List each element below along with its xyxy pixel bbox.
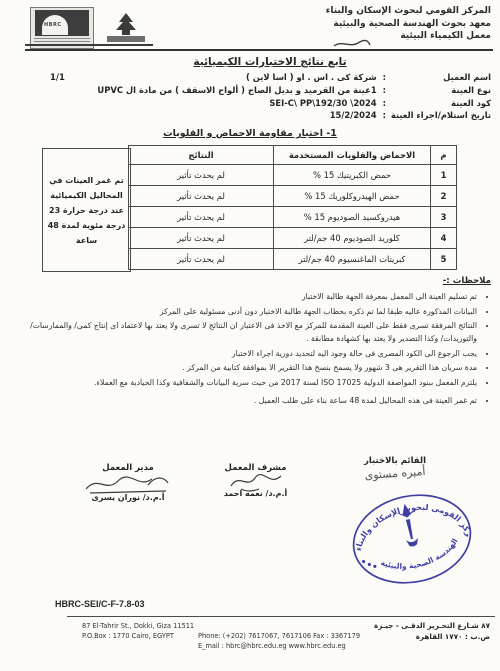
- date-label: تاريخ استلام/اجراء العينة: [389, 109, 491, 122]
- col-header-substance: الاحماض والقلويات المستخدمة: [274, 146, 431, 165]
- table-row: 3 هيدروكسيد الصوديوم 15 % لم يحدث تأثير: [129, 207, 457, 228]
- hbrc-logo-building-icon: HBRC: [35, 10, 89, 36]
- signature-block-supervisor: مشرف المعمل أ.م.د/ نعمه احمد: [203, 463, 308, 498]
- note-item: النتائج المرفقة تسرى فقط على العينة المق…: [24, 319, 477, 345]
- address-ar-line2: ص.ب : ١٧٧٠ القاهرة: [374, 632, 490, 643]
- signature-block-manager: مدير المعمل أ.م.د/ نوران يسرى: [68, 463, 188, 502]
- info-row-date: تاريخ استلام/اجراء العينة : 15/2/2024: [30, 109, 491, 122]
- sample-type-value: 1عينة من القرميد و بديل الصاج ( ألواح ال…: [97, 84, 376, 97]
- note-item: يلتزم المعمل ببنود المواصفة الدولية ISO …: [24, 376, 477, 389]
- note-item: يجب الرجوع الى الكود المصرى فى حالة وجود…: [24, 347, 477, 360]
- client-name-label: اسم العميل: [389, 71, 491, 84]
- note-item: تم غمر العينة فى هذه المحاليل لمدة 48 سا…: [24, 394, 477, 407]
- note-item: مدة سريان هذا التقرير هى 3 شهور ولا يسمح…: [24, 361, 477, 374]
- tree-icon: [116, 13, 136, 30]
- result-cell: لم يحدث تأثير: [129, 165, 274, 186]
- substance-cell: حمض الهيدروكلوريك 15 %: [274, 186, 431, 207]
- result-cell: لم يحدث تأثير: [129, 249, 274, 270]
- form-code: HBRC-SEI/C-F-7.8-03: [55, 599, 145, 609]
- table-row: 2 حمض الهيدروكلوريك 15 % لم يحدث تأثير: [129, 186, 457, 207]
- stamp-bottom-text: الهندسة الصحية والبيئية: [377, 536, 464, 578]
- footer-contact: Phone: (+202) 7617067, 7617106 Fax : 336…: [198, 632, 360, 651]
- official-stamp: المركز القومى لبحوث الإسكان والبناء الهن…: [342, 487, 482, 592]
- header-rule: [25, 49, 493, 51]
- note-item: البيانات المذكورة عاليه طبقا لما تم ذكره…: [24, 305, 477, 318]
- immersion-conditions-note: تم غمر العينات في المحاليل الكيميائية عن…: [42, 148, 131, 272]
- footer-rule: [67, 616, 495, 617]
- manager-name: أ.م.د/ نوران يسرى: [68, 493, 188, 502]
- result-cell: لم يحدث تأثير: [129, 186, 274, 207]
- footer-address-en: 87 El-Tahrir St., Dokki, Giza 11511 P.O.…: [82, 622, 194, 641]
- notes-section: ملاحظات :- تم تسليم العينة الى المعمل بم…: [24, 276, 491, 408]
- substance-cell: حمض الكبريتيك 15 %: [274, 165, 431, 186]
- org-institute: معهد بحوث الهندسة الصحية والبيئية: [326, 18, 491, 31]
- section-title: 1- اختبار مقاومة الاحماض و القلويات: [0, 128, 500, 139]
- sample-code-label: كود العينة: [389, 97, 491, 110]
- note-item: تم تسليم العينة الى المعمل بمعرفة الجهة …: [24, 290, 477, 303]
- header-rule-short: [25, 44, 153, 46]
- result-cell: لم يحدث تأثير: [129, 207, 274, 228]
- hbrc-logo-text: HBRC: [44, 22, 62, 28]
- address-en-line2: P.O.Box : 1770 Cairo, EGYPT: [82, 632, 194, 642]
- supervisor-name: أ.م.د/ نعمه احمد: [203, 489, 308, 498]
- document-page: المركز القومي لبحوث الإسكان والبناء معهد…: [0, 0, 500, 671]
- info-row-client: اسم العميل : شركة كى . اس . او ( اسا لاي…: [30, 71, 491, 84]
- email-line: E_mail : hbrc@hbrc.edu.eg www.hbrc.edu.e…: [198, 642, 360, 652]
- signature-block-tester: القائم بالاختبار أميره مستوى: [345, 456, 445, 480]
- substance-cell: كلوريد الصوديوم 40 جم/لتر: [274, 228, 431, 249]
- table-row: 1 حمض الكبريتيك 15 % لم يحدث تأثير: [129, 165, 457, 186]
- result-cell: لم يحدث تأثير: [129, 228, 274, 249]
- supervisor-role-label: مشرف المعمل: [203, 463, 308, 473]
- client-name-value: شركة كى . اس . او ( اسا لاين ): [246, 71, 377, 84]
- tester-handwritten-name: أميره مستوى: [345, 464, 446, 484]
- col-header-result: النتائج: [129, 146, 274, 165]
- col-header-num: م: [431, 146, 457, 165]
- sample-type-label: نوع العينة: [389, 84, 491, 97]
- institute-logo: [99, 10, 153, 48]
- notes-heading: ملاحظات :-: [24, 276, 491, 286]
- footer-address-ar: ٨٧ شـارع التحـرير الدقـى - جيـزة ص.ب : ١…: [374, 621, 490, 642]
- table-row: 4 كلوريد الصوديوم 40 جم/لتر لم يحدث تأثي…: [129, 228, 457, 249]
- address-ar-line1: ٨٧ شـارع التحـرير الدقـى - جيـزة: [374, 621, 490, 632]
- results-table: م الاحماض والقلويات المستخدمة النتائج 1 …: [128, 145, 457, 270]
- table-header-row: م الاحماض والقلويات المستخدمة النتائج: [129, 146, 457, 165]
- info-row-sample-code: كود العينة : SEI-C\ PP\192/30 \2024: [30, 97, 491, 110]
- substance-cell: كبريتات الماغنسيوم 40 جم/لتر: [274, 249, 431, 270]
- table-row: 5 كبريتات الماغنسيوم 40 جم/لتر لم يحدث ت…: [129, 249, 457, 270]
- info-row-sample-type: نوع العينة : 1عينة من القرميد و بديل الص…: [30, 84, 491, 97]
- phone-line: Phone: (+202) 7617067, 7617106 Fax : 336…: [198, 632, 360, 642]
- sample-info: اسم العميل : شركة كى . اس . او ( اسا لاي…: [30, 71, 491, 122]
- org-name: المركز القومي لبحوث الإسكان والبناء: [326, 5, 491, 18]
- hbrc-logo: HBRC: [30, 7, 94, 49]
- date-value: 15/2/2024: [330, 109, 377, 122]
- document-title: تابع نتائج الاختبارات الكيميائية: [160, 56, 380, 68]
- substance-cell: هيدروكسيد الصوديوم 15 %: [274, 207, 431, 228]
- address-en-line1: 87 El-Tahrir St., Dokki, Giza 11511: [82, 622, 194, 632]
- notes-list: تم تسليم العينة الى المعمل بمعرفة الجهة …: [24, 290, 491, 407]
- org-header: المركز القومي لبحوث الإسكان والبناء معهد…: [326, 5, 491, 43]
- sample-code-value: SEI-C\ PP\192/30 \2024: [269, 97, 376, 110]
